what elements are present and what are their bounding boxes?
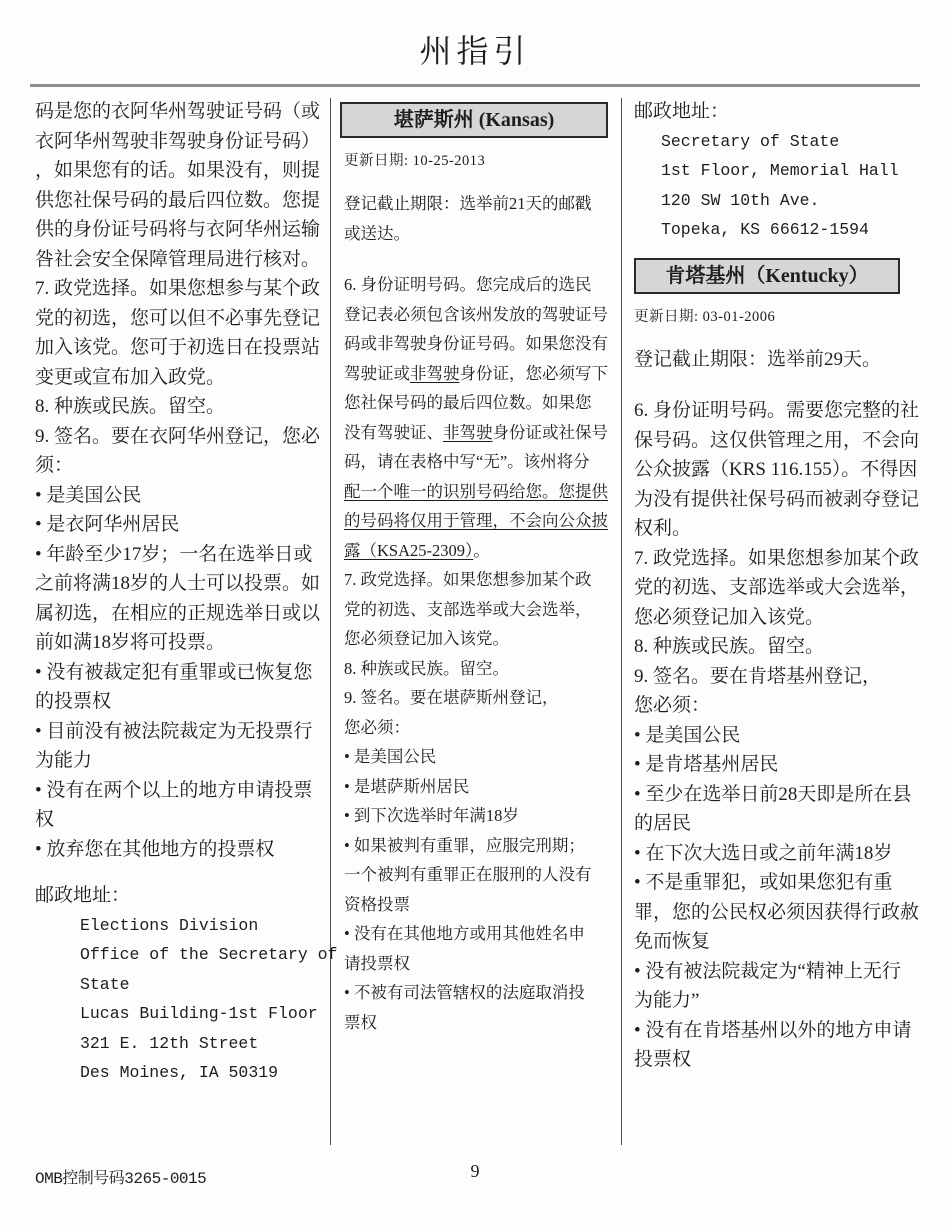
text-line: 码或非驾驶身份证号码。如果您没有 [344, 329, 617, 359]
iowa-column: 码是您的衣阿华州驾驶证号码（或衣阿华州驾驶非驾驶身份证号码），如果您有的话。如果… [35, 97, 327, 1088]
paragraph: 邮政地址： [634, 97, 936, 127]
text-line: ，如果您有的话。如果没有，则提 [35, 156, 327, 186]
underlined-text: 非驾驶 [410, 364, 460, 383]
text-line: • 是美国公民 [35, 481, 327, 511]
text-line: 6. 身份证明号码。您完成后的选民 [344, 270, 617, 300]
text-line: • 在下次大选日或之前年满18岁 [634, 839, 936, 869]
column-divider-right [621, 98, 622, 1145]
text-line: • 不被有司法管辖权的法庭取消投 [344, 978, 617, 1008]
text-line: • 没有在其他地方或用其他姓名申 [344, 919, 617, 949]
text-line: 须： [35, 451, 327, 481]
text-line: 8. 种族或民族。留空。 [35, 392, 327, 422]
text-line: 9. 签名。要在肯塔基州登记， [634, 662, 936, 692]
text-line: 权 [35, 805, 327, 835]
text-line: 的居民 [634, 809, 936, 839]
text-line: 请投票权 [344, 949, 617, 979]
address-line: Topeka, KS 66612-1594 [661, 215, 936, 245]
text-line: 您必须： [634, 691, 936, 721]
mailing-address: Elections DivisionOffice of the Secretar… [35, 911, 327, 1088]
text-line: 驾驶证或非驾驶身份证，您必须写下 [344, 359, 617, 389]
text-line: • 年龄至少17岁；一名在选举日或 [35, 540, 327, 570]
text-segment: 没有驾驶证、 [344, 423, 443, 442]
text-line: 8. 种族或民族。留空。 [634, 632, 936, 662]
spacer [634, 245, 936, 253]
text-line: 登记截止期限：选举前21天的邮戳 [344, 189, 617, 219]
page-title: 州指引 [0, 26, 950, 72]
updated-date: 更新日期: 10-25-2013 [344, 151, 617, 171]
spacer [634, 374, 936, 396]
text-line: 党的初选、支部选举或大会选举， [634, 573, 936, 603]
underlined-text: 非驾驶 [443, 423, 493, 442]
text-line: • 放弃您在其他地方的投票权 [35, 835, 327, 865]
paragraph: 码是您的衣阿华州驾驶证号码（或衣阿华州驾驶非驾驶身份证号码），如果您有的话。如果… [35, 97, 327, 864]
text-line: 登记截止期限：选举前29天。 [634, 345, 936, 375]
text-line: 码是您的衣阿华州驾驶证号码（或 [35, 97, 327, 127]
kansas-column-header: 堪萨斯州 (Kansas) [340, 102, 608, 138]
underlined-text: 的号码将仅用于管理，不会向公众披 [344, 511, 608, 530]
text-segment: 身份证或社保号 [493, 423, 609, 442]
address-line: Secretary of State [661, 127, 936, 157]
text-line: • 是肯塔基州居民 [634, 750, 936, 780]
text-line: 您社保号码的最后四位数。如果您 [344, 388, 617, 418]
address-line: Office of the Secretary of [80, 940, 327, 970]
text-line: 的号码将仅用于管理，不会向公众披 [344, 506, 617, 536]
text-line: 咎社会安全保障管理局进行核对。 [35, 245, 327, 275]
text-line: 9. 签名。要在堪萨斯州登记， [344, 683, 617, 713]
spacer [344, 171, 617, 189]
text-line: 罪，您的公民权必须因获得行政赦 [634, 898, 936, 928]
underlined-text: 配一个唯一的识别号码给您。您提供 [344, 482, 608, 501]
address-line: Lucas Building-1st Floor [80, 999, 327, 1029]
text-segment: 驾驶证或 [344, 364, 410, 383]
paragraph: 邮政地址： [35, 881, 327, 911]
paragraph: 6. 身份证明号码。您完成后的选民登记表必须包含该州发放的驾驶证号码或非驾驶身份… [344, 270, 617, 1037]
text-line: 党的初选、支部选举或大会选举， [344, 595, 617, 625]
text-line: 投票权 [634, 1045, 936, 1075]
text-line: 的投票权 [35, 687, 327, 717]
text-line: • 不是重罪犯，或如果您犯有重 [634, 868, 936, 898]
address-line: Elections Division [80, 911, 327, 941]
document-page: 州指引 码是您的衣阿华州驾驶证号码（或衣阿华州驾驶非驾驶身份证号码），如果您有的… [0, 0, 950, 1230]
column-divider-left [330, 98, 331, 1145]
text-line: 您必须： [344, 713, 617, 743]
text-line: 一个被判有重罪正在服刑的人没有 [344, 860, 617, 890]
text-line: 8. 种族或民族。留空。 [344, 654, 617, 684]
text-line: 7. 政党选择。如果您想参加某个政 [344, 565, 617, 595]
text-line: • 是衣阿华州居民 [35, 510, 327, 540]
updated-date: 更新日期: 03-01-2006 [634, 307, 936, 327]
text-line: • 没有被裁定犯有重罪或已恢复您 [35, 658, 327, 688]
text-line: 为能力” [634, 986, 936, 1016]
kansas-column: 堪萨斯州 (Kansas)更新日期: 10-25-2013登记截止期限：选举前2… [344, 97, 617, 1037]
address-line: State [80, 970, 327, 1000]
text-line: • 是美国公民 [344, 742, 617, 772]
text-line: 7. 政党选择。如果您想参加某个政 [634, 544, 936, 574]
title-rule [30, 84, 920, 87]
text-line: 码，请在表格中写“无”。该州将分 [344, 447, 617, 477]
text-line: 免而恢复 [634, 927, 936, 957]
text-line: • 没有在两个以上的地方申请投票 [35, 776, 327, 806]
text-line: 邮政地址： [634, 97, 936, 127]
text-line: 登记表必须包含该州发放的驾驶证号 [344, 300, 617, 330]
text-line: 票权 [344, 1008, 617, 1038]
text-line: 或送达。 [344, 219, 617, 249]
address-line: 1st Floor, Memorial Hall [661, 156, 936, 186]
text-line: 配一个唯一的识别号码给您。您提供 [344, 477, 617, 507]
text-line: 前如满18岁将可投票。 [35, 628, 327, 658]
spacer [634, 327, 936, 345]
text-line: 您必须登记加入该党。 [634, 603, 936, 633]
text-segment: 身份证，您必须写下 [460, 364, 609, 383]
text-line: 9. 签名。要在衣阿华州登记，您必 [35, 422, 327, 452]
text-line: • 是堪萨斯州居民 [344, 772, 617, 802]
text-line: 公众披露（KRS 116.155）。不得因 [634, 455, 936, 485]
text-line: • 是美国公民 [634, 721, 936, 751]
kentucky-column: 邮政地址：Secretary of State1st Floor, Memori… [634, 97, 936, 1075]
text-line: 资格投票 [344, 890, 617, 920]
text-line: 权利。 [634, 514, 936, 544]
mailing-address: Secretary of State1st Floor, Memorial Ha… [634, 127, 936, 245]
text-line: 6. 身份证明号码。需要您完整的社 [634, 396, 936, 426]
text-line: 没有驾驶证、非驾驶身份证或社保号 [344, 418, 617, 448]
spacer [344, 248, 617, 270]
text-line: 党的初选，您可以但不必事先登记 [35, 304, 327, 334]
address-line: 321 E. 12th Street [80, 1029, 327, 1059]
address-line: 120 SW 10th Ave. [661, 186, 936, 216]
text-line: • 至少在选举日前28天即是所在县 [634, 780, 936, 810]
text-line: 供您社保号码的最后四位数。您提 [35, 186, 327, 216]
kentucky-column-header: 肯塔基州（Kentucky） [634, 258, 900, 294]
text-segment: 。 [473, 541, 490, 560]
spacer [35, 864, 327, 881]
text-line: • 如果被判有重罪，应服完刑期； [344, 831, 617, 861]
text-line: 属初选，在相应的正规选举日或以 [35, 599, 327, 629]
text-line: 变更或宣布加入政党。 [35, 363, 327, 393]
text-line: • 到下次选举时年满18岁 [344, 801, 617, 831]
paragraph: 登记截止期限：选举前29天。 [634, 345, 936, 375]
underlined-text: 露（KSA25-2309） [344, 541, 473, 560]
address-line: Des Moines, IA 50319 [80, 1058, 327, 1088]
text-line: 邮政地址： [35, 881, 327, 911]
text-line: 加入该党。您可于初选日在投票站 [35, 333, 327, 363]
text-line: 供的身份证号码将与衣阿华州运输 [35, 215, 327, 245]
text-line: 衣阿华州驾驶非驾驶身份证号码） [35, 127, 327, 157]
text-line: 之前将满18岁的人士可以投票。如 [35, 569, 327, 599]
text-line: 7. 政党选择。如果您想参与某个政 [35, 274, 327, 304]
text-line: 您必须登记加入该党。 [344, 624, 617, 654]
text-line: 为能力 [35, 746, 327, 776]
text-line: • 没有被法院裁定为“精神上无行 [634, 957, 936, 987]
text-line: • 没有在肯塔基州以外的地方申请 [634, 1016, 936, 1046]
paragraph: 6. 身份证明号码。需要您完整的社保号码。这仅供管理之用，不会向公众披露（KRS… [634, 396, 936, 1075]
paragraph: 登记截止期限：选举前21天的邮戳或送达。 [344, 189, 617, 248]
text-line: • 目前没有被法院裁定为无投票行 [35, 717, 327, 747]
text-line: 露（KSA25-2309）。 [344, 536, 617, 566]
text-line: 为没有提供社保号码而被剥夺登记 [634, 485, 936, 515]
text-line: 保号码。这仅供管理之用，不会向 [634, 426, 936, 456]
page-number: 9 [0, 1161, 950, 1182]
